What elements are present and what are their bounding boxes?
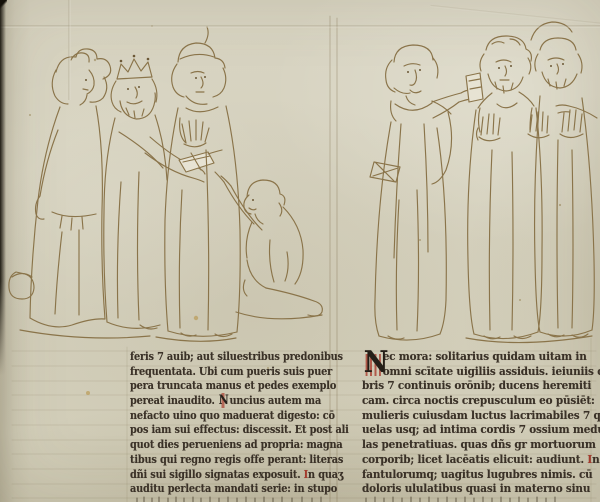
text-line: omni scītate uigiliis assiduis. ieiuniis…	[362, 364, 600, 379]
text-column-left: feris 7 auib; aut siluestribus predonibu…	[130, 349, 349, 496]
text-line: fantulorumq; uagitus lugubres nimis. cū	[362, 467, 600, 482]
text-line: pos iam sui effectus: discessit. Et post…	[130, 422, 349, 437]
text-line: pera truncata manus et pedes exemplo	[130, 378, 349, 393]
text-line: ec mora: solitarius quidam uitam in	[362, 349, 600, 364]
text-line: frequentata. Ubi cum pueris suis puer	[130, 364, 349, 379]
text-line: nefacto uino quo maduerat digesto: cō	[130, 408, 349, 423]
illuminated-initial-N: N	[364, 350, 383, 379]
manuscript-page: feris 7 auib; aut siluestribus predonibu…	[0, 0, 600, 502]
text-line: uelas usq; ad intima cordis 7 ossium med…	[362, 422, 600, 437]
line-segment: pereat inaudito.	[130, 393, 218, 407]
text-line: las penetratiuas. quas dñs gr mortuorum	[362, 437, 600, 452]
text-line: doloris ululatibus quasi in materno sinu	[362, 481, 600, 496]
text-line: feris 7 auib; aut siluestribus predonibu…	[130, 349, 349, 364]
line-segment: ec mora: solitarius quidam uitam in	[383, 349, 587, 363]
text-column-right: N ec mora: solitarius quidam uitam in om…	[362, 349, 600, 496]
text-block: feris 7 auib; aut siluestribus predonibu…	[0, 0, 600, 502]
text-line: cam. circa noctis crepusculum eo pūsiēt:	[362, 393, 600, 408]
text-line: corporib; licet lacēatis elicuit: audiun…	[362, 452, 600, 467]
line-segment: corporib; licet lacēatis elicuit: audiun…	[362, 452, 587, 466]
line-segment: n quaʒ	[308, 467, 343, 481]
text-line: pereat inaudito. Nuncius autem ma	[130, 393, 349, 408]
drop-cap-glyph: N	[364, 346, 389, 379]
text-line: quot dies perueniens ad propria: magna	[130, 437, 349, 452]
rubricated-initial-N: N	[218, 393, 229, 408]
text-line: auditu perlecta mandati serie: in stupo	[130, 481, 349, 496]
text-line: mulieris cuiusdam luctus lacrimabiles 7 …	[362, 408, 600, 423]
text-line: tibus qui regno regis offe perant: liter…	[130, 452, 349, 467]
line-segment: n	[592, 452, 599, 466]
line-segment: dñi sui sigillo signatas exposuit.	[130, 467, 304, 481]
text-line: dñi sui sigillo signatas exposuit. In qu…	[130, 467, 349, 482]
line-segment: uncius autem ma	[229, 393, 321, 407]
text-line: bris 7 continuis orōnib; ducens heremiti	[362, 378, 600, 393]
